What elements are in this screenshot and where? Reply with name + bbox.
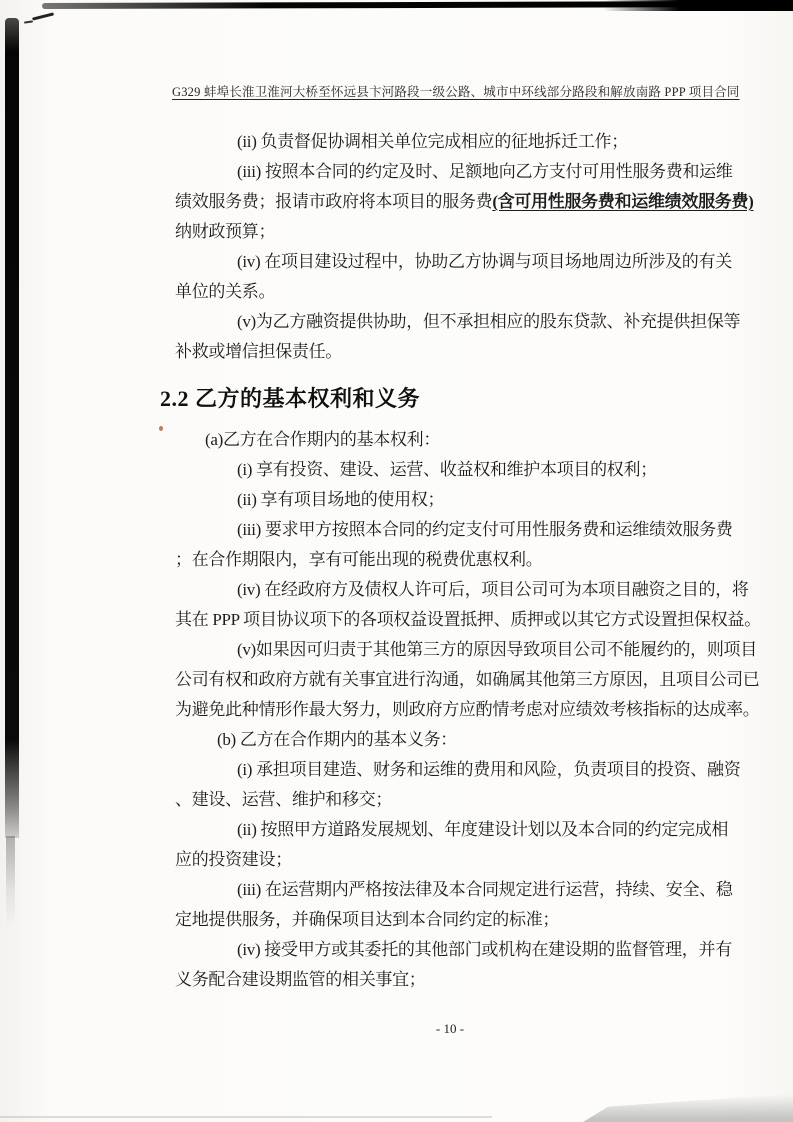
party-b-duty-iv-line1: (iv) 接受甲方或其委托的其他部门或机构在建设期的监督管理，并有 <box>175 935 757 965</box>
party-b-right-v-line2: 公司有权和政府方就有关事宜进行沟通，如确属其他第三方原因，且项目公司已 <box>175 665 757 695</box>
scan-artifact-bottom-right-shadow <box>583 1094 793 1122</box>
scan-artifact-top-right-corner <box>603 0 793 11</box>
party-b-duty-iii-line1: (iii) 在运营期内严格按法律及本合同规定进行运营，持续、安全、稳 <box>175 875 757 905</box>
obligation-iii-underlined-clause: (含可用性服务费和运维绩效服务费) <box>492 192 753 211</box>
party-b-duty-ii-line2: 应的投资建设； <box>175 845 757 875</box>
document-body: (ii) 负责督促协调相关单位完成相应的征地拆迁工作； (iii) 按照本合同的… <box>175 127 757 995</box>
obligation-iii-line2-text: 绩效服务费；报请市政府将本项目的服务费 <box>175 192 492 211</box>
scan-artifact-red-speck <box>159 426 163 431</box>
page-number: - 10 - <box>160 1021 740 1037</box>
party-a-obligation-iv-line1: (iv) 在项目建设过程中，协助乙方协调与项目场地周边所涉及的有关 <box>175 247 757 277</box>
party-a-obligation-iii-line2: 绩效服务费；报请市政府将本项目的服务费(含可用性服务费和运维绩效服务费) <box>175 187 757 217</box>
scan-artifact-pen-mark-small <box>24 20 33 23</box>
party-a-obligation-ii: (ii) 负责督促协调相关单位完成相应的征地拆迁工作； <box>175 127 757 157</box>
party-b-right-iii-line1: (iii) 要求甲方按照本合同的约定支付可用性服务费和运维绩效服务费 <box>175 515 757 545</box>
party-a-obligation-iii-line3: 纳财政预算； <box>175 217 757 247</box>
party-a-obligation-iv-line2: 单位的关系。 <box>175 277 757 307</box>
section-2-2-heading: 2.2 乙方的基本权利和义务 <box>160 384 757 414</box>
document-header-title: G329 蚌埠长淮卫淮河大桥至怀远县卞河路段一级公路、城市中环线部分路段和解放南… <box>172 82 694 100</box>
party-b-rights-intro: (a)乙方在合作期内的基本权利： <box>175 425 757 455</box>
scan-artifact-left-edge-tail <box>6 836 15 928</box>
party-b-right-v-line1: (v)如果因可归责于其他第三方的原因导致项目公司不能履约的，则项目 <box>175 635 757 665</box>
party-a-obligation-iii-line1: (iii) 按照本合同的约定及时、足额地向乙方支付可用性服务费和运维 <box>175 157 757 187</box>
party-b-duty-ii-line1: (ii) 按照甲方道路发展规划、年度建设计划以及本合同的约定完成相 <box>175 815 757 845</box>
party-b-duty-i-line1: (i) 承担项目建造、财务和运维的费用和风险，负责项目的投资、融资 <box>175 755 757 785</box>
party-b-right-iii-line2: ；在合作期限内，享有可能出现的税费优惠权利。 <box>175 545 757 575</box>
party-b-duty-iv-line2: 义务配合建设期监管的相关事宜； <box>175 965 757 995</box>
scan-artifact-top-edge <box>42 1 793 9</box>
scan-artifact-bottom-edge <box>0 1116 492 1118</box>
party-b-duty-iii-line2: 定地提供服务，并确保项目达到本合同约定的标准； <box>175 905 757 935</box>
scan-artifact-left-edge <box>5 18 19 838</box>
party-b-duty-i-line2: 、建设、运营、维护和移交； <box>175 785 757 815</box>
contract-scan-page: G329 蚌埠长淮卫淮河大桥至怀远县卞河路段一级公路、城市中环线部分路段和解放南… <box>0 0 793 1122</box>
scan-artifact-pen-mark <box>32 12 54 20</box>
party-b-right-iv-line1: (iv) 在经政府方及债权人许可后，项目公司可为本项目融资之目的，将 <box>175 575 757 605</box>
party-b-right-i: (i) 享有投资、建设、运营、收益权和维护本项目的权利； <box>175 455 757 485</box>
party-a-obligation-v-line2: 补救或增信担保责任。 <box>175 337 757 367</box>
party-b-duties-intro: (b) 乙方在合作期内的基本义务： <box>175 725 757 755</box>
party-b-right-v-line3: 为避免此种情形作最大努力，则政府方应酌情考虑对应绩效考核指标的达成率。 <box>175 695 757 725</box>
party-a-obligation-v-line1: (v)为乙方融资提供协助，但不承担相应的股东贷款、补充提供担保等 <box>175 307 757 337</box>
party-b-right-ii: (ii) 享有项目场地的使用权； <box>175 485 757 515</box>
party-b-right-iv-line2: 其在 PPP 项目协议项下的各项权益设置抵押、质押或以其它方式设置担保权益。 <box>175 605 757 635</box>
